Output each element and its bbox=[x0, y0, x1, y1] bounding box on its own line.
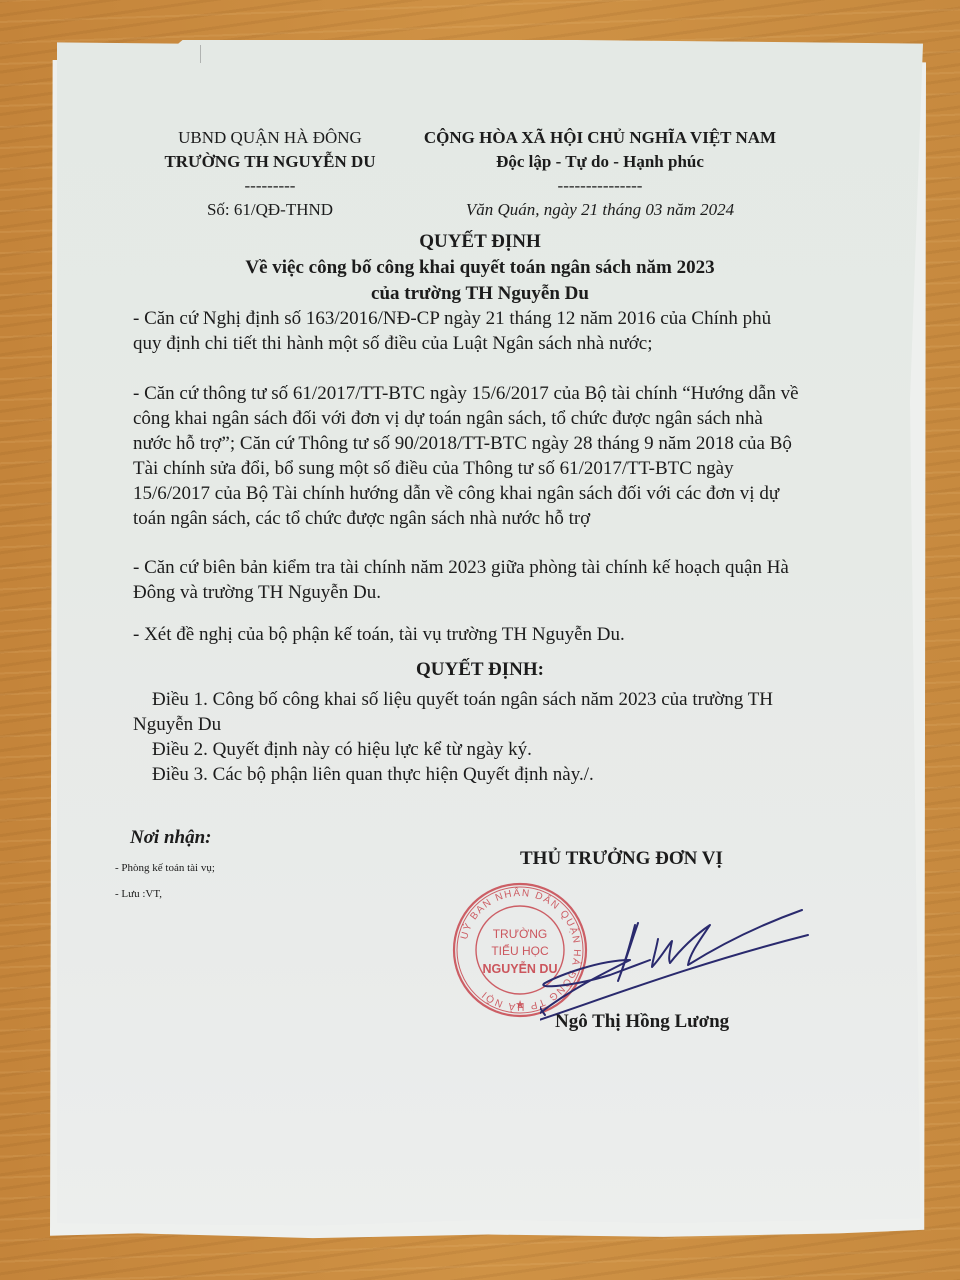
legal-basis-2: - Căn cứ thông tư số 61/2017/TT-BTC ngày… bbox=[133, 381, 845, 531]
svg-text:★: ★ bbox=[515, 999, 525, 1011]
national-header: CỘNG HÒA XÃ HỘI CHỦ NGHĨA VIỆT NAM Độc l… bbox=[400, 126, 800, 222]
legal-basis-line: - Căn cứ biên bản kiểm tra tài chính năm… bbox=[133, 555, 845, 580]
legal-basis-1: - Căn cứ Nghị định số 163/2016/NĐ-CP ngà… bbox=[133, 306, 845, 356]
title-subject-line-2: của trường TH Nguyễn Du bbox=[140, 281, 820, 307]
article-line: Nguyễn Du bbox=[133, 712, 845, 737]
issuing-unit: TRƯỜNG TH NGUYỄN DU bbox=[140, 150, 400, 174]
article-line: Điều 1. Công bố công khai số liệu quyết … bbox=[133, 687, 845, 712]
decision-heading: QUYẾT ĐỊNH: bbox=[140, 657, 820, 683]
legal-basis-line: - Căn cứ thông tư số 61/2017/TT-BTC ngày… bbox=[133, 381, 845, 406]
legal-basis-line: 15/6/2017 của Bộ Tài chính hướng dẫn về … bbox=[133, 481, 845, 506]
legal-basis-line: quy định chi tiết thi hành một số điều c… bbox=[133, 331, 845, 356]
document-title: QUYẾT ĐỊNH Về việc công bố công khai quy… bbox=[140, 229, 820, 307]
legal-basis-line: - Xét đề nghị của bộ phận kế toán, tài v… bbox=[133, 622, 845, 647]
article-line: Điều 2. Quyết định này có hiệu lực kể từ… bbox=[133, 737, 845, 762]
nation-name: CỘNG HÒA XÃ HỘI CHỦ NGHĨA VIỆT NAM bbox=[400, 126, 800, 150]
article-3: Điều 3. Các bộ phận liên quan thực hiện … bbox=[133, 762, 845, 787]
legal-basis-line: Đông và trường TH Nguyễn Du. bbox=[133, 580, 845, 605]
place-and-date: Văn Quán, ngày 21 tháng 03 năm 2024 bbox=[400, 198, 800, 222]
article-1: Điều 1. Công bố công khai số liệu quyết … bbox=[133, 687, 845, 737]
signatory-title: THỦ TRƯỞNG ĐƠN VỊ bbox=[520, 848, 723, 870]
recipient-item: - Phòng kế toán tài vụ; bbox=[115, 860, 215, 876]
header-left-separator: --------- bbox=[140, 174, 400, 198]
document-number: Số: 61/QĐ-THND bbox=[140, 198, 400, 222]
legal-basis-4: - Xét đề nghị của bộ phận kế toán, tài v… bbox=[133, 622, 845, 647]
article-line: Điều 3. Các bộ phận liên quan thực hiện … bbox=[133, 762, 845, 787]
issuing-authority: UBND QUẬN HÀ ĐÔNG bbox=[140, 126, 400, 150]
legal-basis-line: toán ngân sách, các tổ chức được ngân sá… bbox=[133, 506, 845, 531]
title-heading: QUYẾT ĐỊNH bbox=[140, 229, 820, 255]
signer-name: Ngô Thị Hồng Lương bbox=[555, 1011, 729, 1033]
recipients-block: Nơi nhận: - Phòng kế toán tài vụ; - Lưu … bbox=[115, 826, 215, 902]
legal-basis-line: Tài chính sửa đổi, bổ sung một số điều c… bbox=[133, 456, 845, 481]
legal-basis-line: nước hỗ trợ”; Căn cứ Thông tư số 90/2018… bbox=[133, 431, 845, 456]
issuer-header: UBND QUẬN HÀ ĐÔNG TRƯỜNG TH NGUYỄN DU --… bbox=[140, 126, 400, 222]
legal-basis-line: - Căn cứ Nghị định số 163/2016/NĐ-CP ngà… bbox=[133, 306, 845, 331]
article-2: Điều 2. Quyết định này có hiệu lực kể từ… bbox=[133, 737, 845, 762]
legal-basis-3: - Căn cứ biên bản kiểm tra tài chính năm… bbox=[133, 555, 845, 605]
legal-basis-line: công khai ngân sách đối với đơn vị dự to… bbox=[133, 406, 845, 431]
recipients-heading: Nơi nhận: bbox=[130, 826, 215, 850]
recipient-item: - Lưu :VT, bbox=[115, 886, 215, 902]
title-subject-line-1: Về việc công bố công khai quyết toán ngâ… bbox=[140, 255, 820, 281]
header-right-separator: --------------- bbox=[400, 174, 800, 198]
national-motto: Độc lập - Tự do - Hạnh phúc bbox=[400, 150, 800, 174]
paper-fold-mark bbox=[200, 45, 201, 63]
handwritten-signature-icon bbox=[540, 905, 810, 1025]
